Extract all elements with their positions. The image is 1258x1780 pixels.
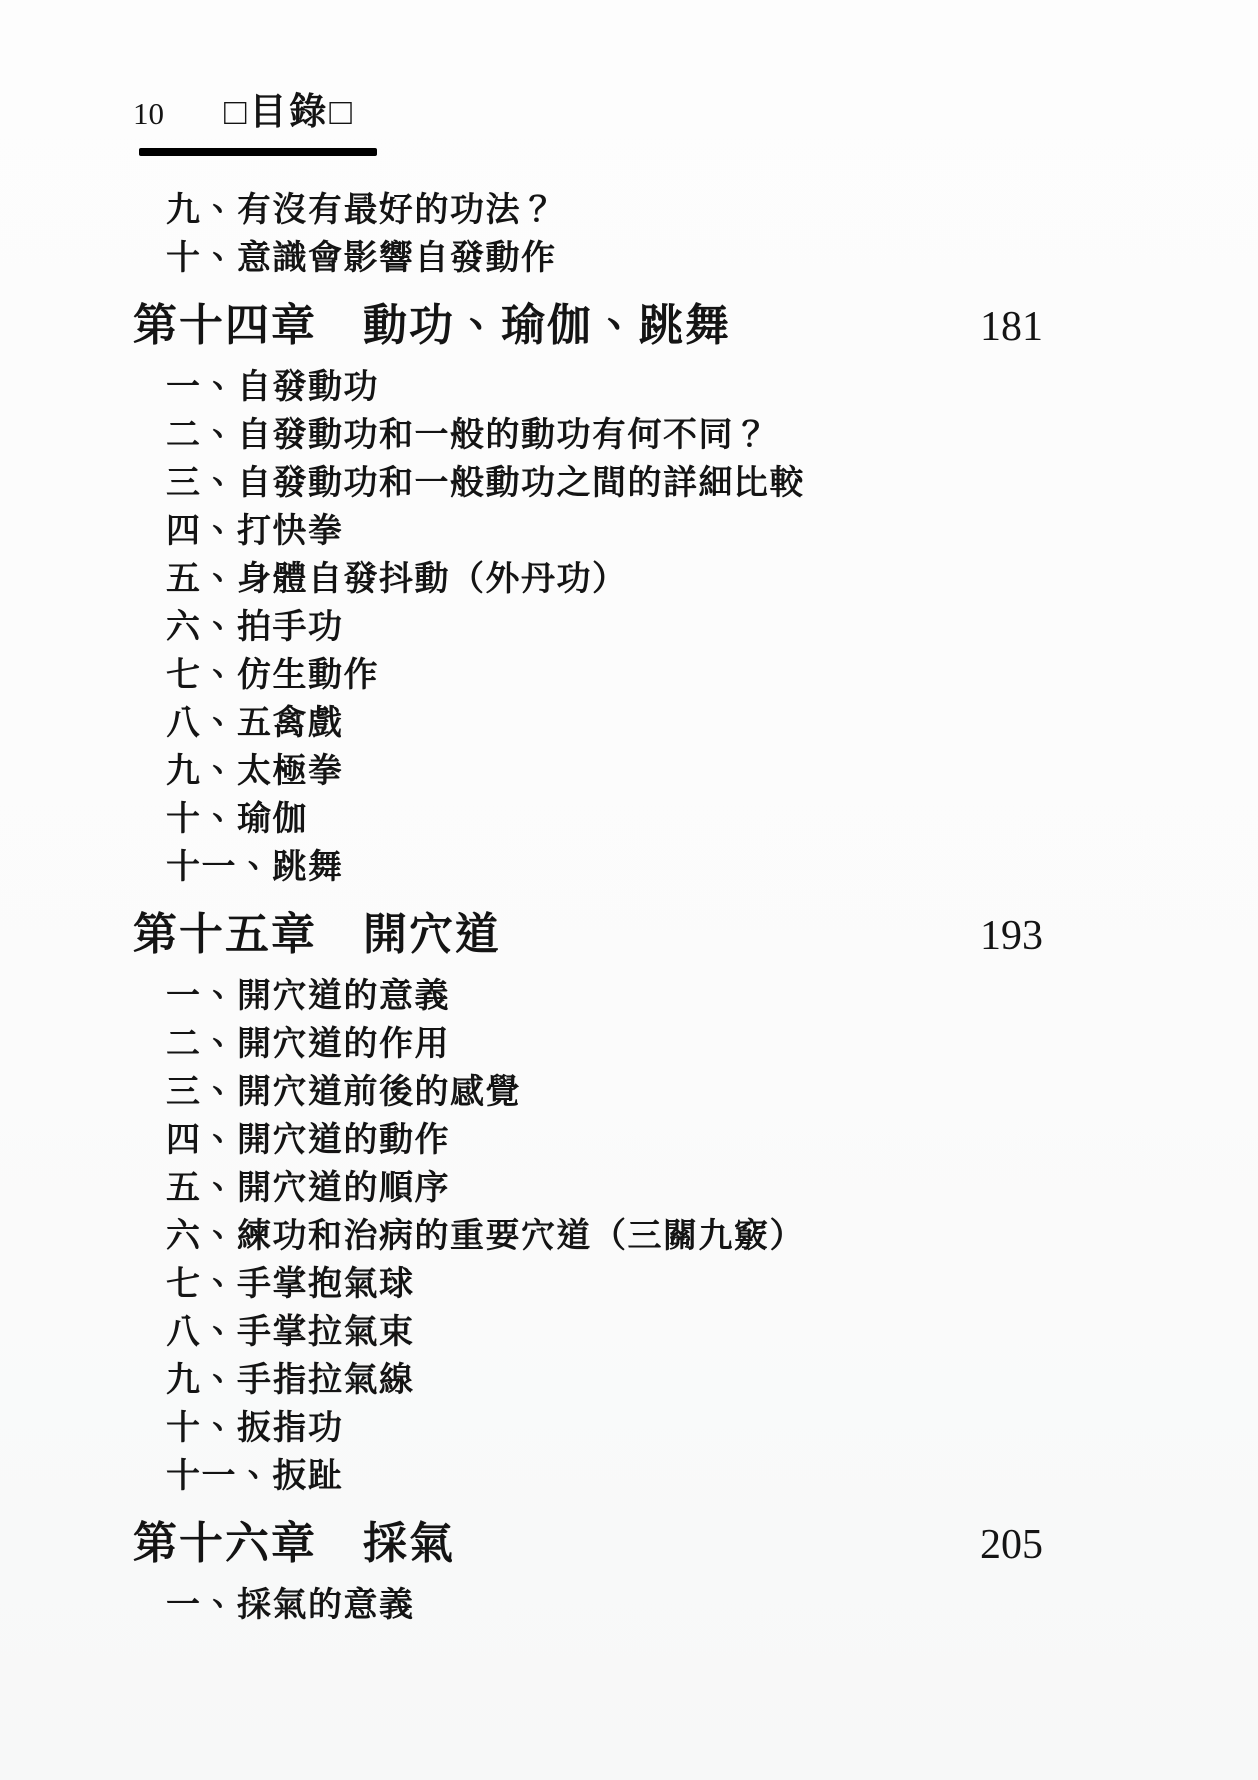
chapter-page-number: 193	[980, 909, 1043, 963]
toc-item: 二、自發動功和一般的動功有何不同？	[166, 411, 1043, 459]
toc-item: 十一、扳趾	[166, 1452, 1043, 1500]
toc-item: 九、手指拉氣線	[166, 1356, 1043, 1404]
leading-toc-items: 九、有沒有最好的功法？十、意識會影響自發動作	[166, 186, 1043, 282]
chapter-page-number: 205	[980, 1518, 1043, 1572]
header-rule	[139, 148, 377, 156]
toc-item: 五、開穴道的順序	[166, 1164, 1043, 1212]
toc-item: 十一、跳舞	[166, 843, 1043, 891]
page-header: 10 □目錄□	[133, 92, 1043, 132]
chapter-items: 一、採氣的意義	[166, 1581, 1043, 1629]
chapter-title: 第十四章 動功、瑜伽、跳舞	[133, 299, 731, 353]
toc-page: 10 □目錄□ 九、有沒有最好的功法？十、意識會影響自發動作 第十四章 動功、瑜…	[0, 0, 1258, 1780]
toc-item: 六、練功和治病的重要穴道（三關九竅）	[166, 1212, 1043, 1260]
toc-item: 七、手掌抱氣球	[166, 1260, 1043, 1308]
chapter-items: 一、自發動功二、自發動功和一般的動功有何不同？三、自發動功和一般動功之間的詳細比…	[166, 363, 1043, 891]
toc-item: 一、開穴道的意義	[166, 972, 1043, 1020]
toc-item: 九、有沒有最好的功法？	[166, 186, 1043, 234]
toc-item: 四、打快拳	[166, 507, 1043, 555]
chapter-section: 第十六章 採氣 205 一、採氣的意義	[133, 1517, 1043, 1629]
toc-item: 三、自發動功和一般動功之間的詳細比較	[166, 459, 1043, 507]
toc-item: 二、開穴道的作用	[166, 1020, 1043, 1068]
toc-item: 七、仿生動作	[166, 651, 1043, 699]
toc-item: 一、自發動功	[166, 363, 1043, 411]
toc-item: 三、開穴道前後的感覺	[166, 1068, 1043, 1116]
toc-item: 四、開穴道的動作	[166, 1116, 1043, 1164]
chapter-title: 第十六章 採氣	[133, 1517, 455, 1571]
chapter-heading: 第十四章 動功、瑜伽、跳舞 181	[133, 299, 1043, 354]
toc-item: 十、扳指功	[166, 1404, 1043, 1452]
toc-item: 一、採氣的意義	[166, 1581, 1043, 1629]
toc-item: 九、太極拳	[166, 747, 1043, 795]
toc-item: 六、拍手功	[166, 603, 1043, 651]
toc-item: 十、意識會影響自發動作	[166, 234, 1043, 282]
toc-content: 10 □目錄□ 九、有沒有最好的功法？十、意識會影響自發動作 第十四章 動功、瑜…	[133, 92, 1043, 1629]
chapter-section: 第十四章 動功、瑜伽、跳舞 181 一、自發動功二、自發動功和一般的動功有何不同…	[133, 299, 1043, 891]
chapter-heading: 第十六章 採氣 205	[133, 1517, 1043, 1572]
chapter-page-number: 181	[980, 300, 1043, 354]
chapter-section: 第十五章 開穴道 193 一、開穴道的意義二、開穴道的作用三、開穴道前後的感覺四…	[133, 908, 1043, 1500]
chapter-items: 一、開穴道的意義二、開穴道的作用三、開穴道前後的感覺四、開穴道的動作五、開穴道的…	[166, 972, 1043, 1500]
toc-item: 五、身體自發抖動（外丹功）	[166, 555, 1043, 603]
chapter-list: 第十四章 動功、瑜伽、跳舞 181 一、自發動功二、自發動功和一般的動功有何不同…	[133, 299, 1043, 1629]
chapter-title: 第十五章 開穴道	[133, 908, 501, 962]
chapter-heading: 第十五章 開穴道 193	[133, 908, 1043, 963]
folio-page-number: 10	[133, 96, 164, 132]
toc-item: 八、五禽戲	[166, 699, 1043, 747]
header-title: □目錄□	[224, 92, 355, 132]
toc-item: 十、瑜伽	[166, 795, 1043, 843]
toc-item: 八、手掌拉氣束	[166, 1308, 1043, 1356]
